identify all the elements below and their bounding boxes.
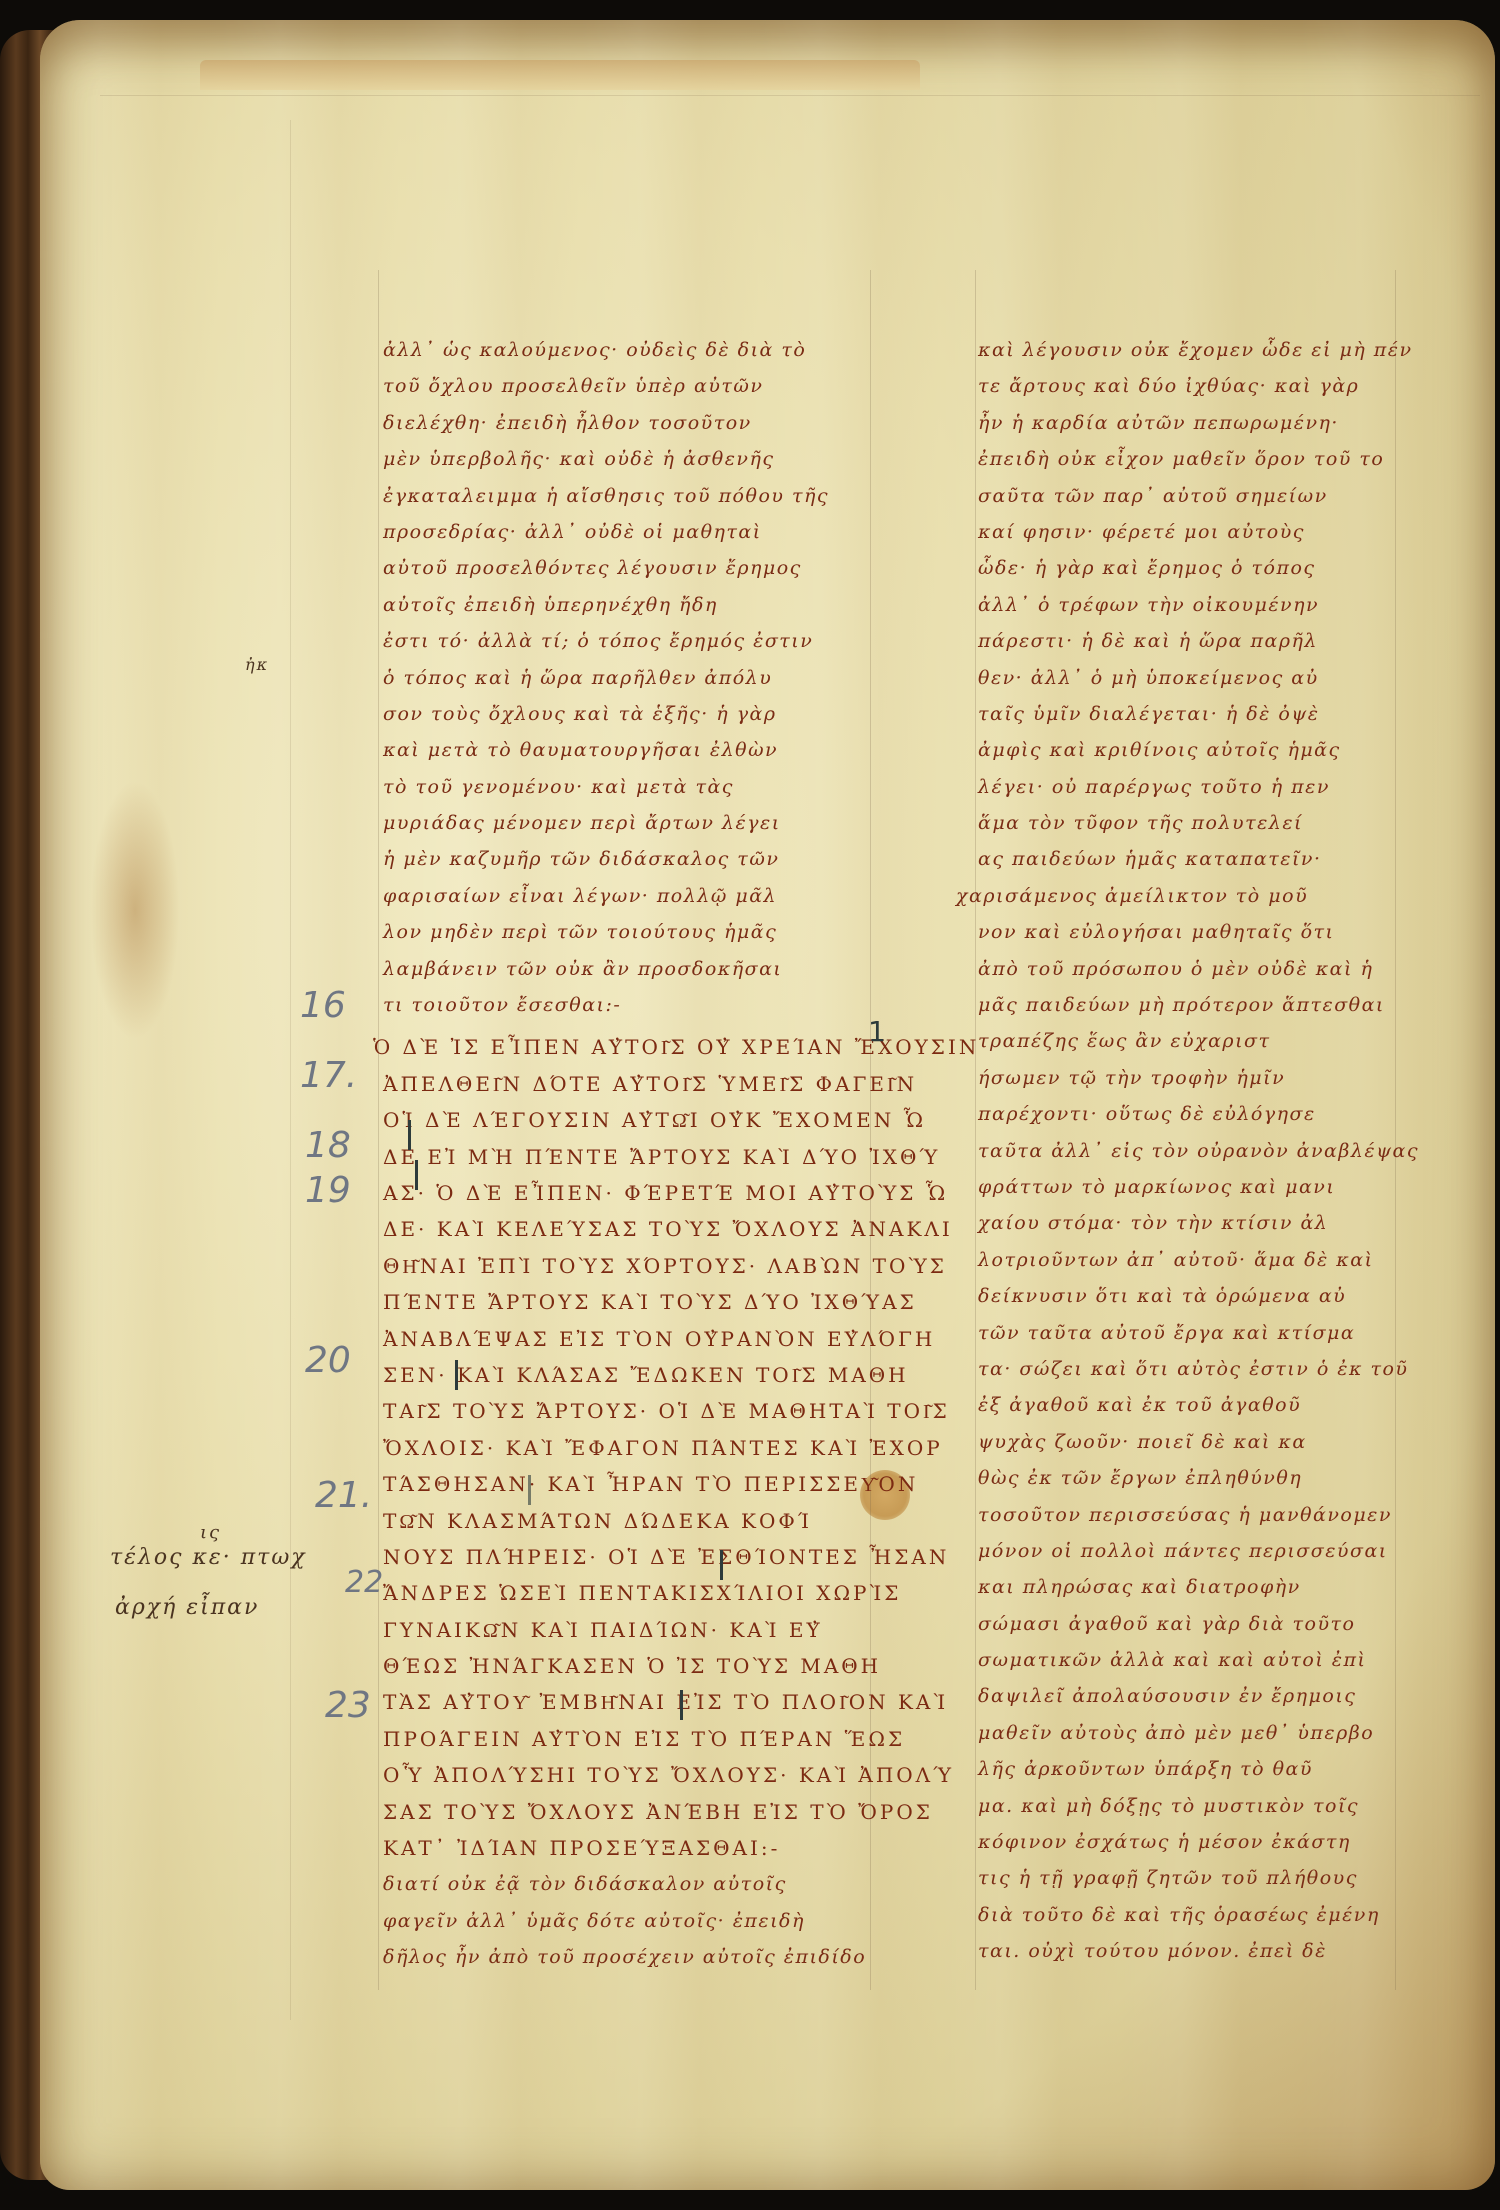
text-line: μα. καὶ μὴ δόξῃς τὸ μυστικὸν τοῖς: [978, 1788, 1388, 1824]
text-line: ἐπειδὴ οὐκ εἶχον μαθεῖν ὅρον τοῦ το: [978, 441, 1388, 477]
ruling-line: [100, 95, 1480, 96]
text-line: ἐξ ἀγαθοῦ καὶ ἐκ τοῦ ἀγαθοῦ: [978, 1387, 1388, 1423]
margin-note-small: ἠκ: [245, 655, 269, 674]
margin-note-telos: τέλος κε· πτωχ: [110, 1545, 307, 1570]
text-line: λοτριοῦντων ἀπ᾽ αὐτοῦ· ἅμα δὲ καὶ: [978, 1242, 1388, 1278]
text-line: λον μηδὲν περὶ τῶν τοιούτους ἡμᾶς: [383, 914, 863, 950]
text-line: ὁ τόπος καὶ ἡ ὥρα παρῆλθεν ἀπόλυ: [383, 660, 863, 696]
text-line: ἀλλ᾽ ὡς καλούμενος· οὐδεὶς δὲ διὰ τὸ: [383, 332, 863, 368]
text-line: τε ἄρτους καὶ δύο ἰχθύας· καὶ γὰρ: [978, 368, 1388, 404]
text-line: προάγειν αὐτὸν εἰς τὸ πέραν ἕως: [383, 1721, 863, 1757]
text-line: ὧδε· ἡ γὰρ καὶ ἔρημος ὁ τόπος: [978, 550, 1388, 586]
text-line: μόνον οἱ πολλοὶ πάντες περισσεύσαι: [978, 1533, 1388, 1569]
text-line: τὸ τοῦ γενομένου· καὶ μετὰ τὰς: [383, 769, 863, 805]
text-line: πάρεστι· ἡ δὲ καὶ ἡ ὥρα παρῆλ: [978, 623, 1388, 659]
ruling-line: [1395, 270, 1396, 1990]
text-line: θὼς ἐκ τῶν ἔργων ἐπληθύνθη: [978, 1460, 1388, 1496]
text-line: φράττων τὸ μαρκίωνος καὶ μανι: [978, 1169, 1388, 1205]
text-line: μᾶς παιδεύων μὴ πρότερον ἅπτεσθαι: [978, 987, 1388, 1023]
text-line: ταῦτα ἀλλ᾽ εἰς τὸν οὐρανὸν ἀναβλέψας: [978, 1133, 1388, 1169]
water-stain: [90, 780, 180, 1040]
verse-divider-mark: [528, 1475, 531, 1505]
text-line: λέγει· οὐ παρέργως τοῦτο ἡ πεν: [978, 769, 1388, 805]
text-line: φαγεῖν ἀλλ᾽ ὑμᾶς δότε αὐτοῖς· ἐπειδὴ: [383, 1903, 863, 1939]
text-line: δε εἰ μὴ πέντε ἄρτους καὶ δύο ἰχθύ: [383, 1139, 863, 1175]
text-line: ταῖς ὑμῖν διαλέγεται· ἡ δὲ ὀψὲ: [978, 696, 1388, 732]
margin-mark: 1: [868, 1015, 886, 1048]
text-line: τῶν κλασμάτων δώδεκα κοφί: [383, 1503, 863, 1539]
text-line: νους πλήρεις· οἱ δὲ ἐσθίοντες ἦσαν: [383, 1539, 863, 1575]
text-line: καὶ λέγουσιν οὐκ ἔχομεν ὧδε εἰ μὴ πέν: [978, 332, 1388, 368]
text-line: σαῦτα τῶν παρ᾽ αὐτοῦ σημείων: [978, 478, 1388, 514]
text-line: θεν· ἀλλ᾽ ὁ μὴ ὑποκείμενος αὐ: [978, 660, 1388, 696]
text-line: σας τοὺς ὄχλους ἀνέβη εἰς τὸ ὄρος: [383, 1794, 863, 1830]
text-line: τὰς αὐτοῦ ἐμβῆναι εἰς τὸ πλοῖον καὶ: [383, 1684, 863, 1720]
text-line: ἀπὸ τοῦ πρόσωπου ὁ μὲν οὐδὲ καὶ ἡ: [978, 951, 1388, 987]
text-line: διὰ τοῦτο δὲ καὶ τῆς ὁρασέως ἐμένη: [978, 1897, 1388, 1933]
text-line: αὐτοῖς ἐπειδὴ ὑπερηνέχθη ἤδη: [383, 587, 863, 623]
verse-number-21: 21.: [315, 1475, 372, 1516]
verse-divider-mark: [720, 1550, 723, 1580]
text-line: τραπέζης ἕως ἂν εὐχαριστ: [978, 1023, 1388, 1059]
text-line: κατ᾽ ἰδίαν προσεύξασθαι:-: [383, 1830, 863, 1866]
text-line: καὶ μετὰ τὸ θαυματουργῆσαι ἐλθὼν: [383, 732, 863, 768]
text-line: λῆς ἀρκοῦντων ὑπάρξη τὸ θαῦ: [978, 1751, 1388, 1787]
verse-number-19: 19: [305, 1170, 351, 1211]
text-line: χαίου στόμα· τὸν τὴν κτίσιν ἀλ: [978, 1205, 1388, 1241]
text-line: μυριάδας μένομεν περὶ ἄρτων λέγει: [383, 805, 863, 841]
verse-divider-mark: [680, 1690, 683, 1720]
text-line: ήσωμεν τῷ τὴν τροφὴν ἡμῖν: [978, 1060, 1388, 1096]
text-line: ἅμα τὸν τῦφον τῆς πολυτελεί: [978, 805, 1388, 841]
text-line: θῆναι ἐπὶ τοὺς χόρτους· λαβὼν τοὺς: [383, 1248, 863, 1284]
text-line: τις ἡ τῇ γραφῇ ζητῶν τοῦ πλήθους: [978, 1860, 1388, 1896]
text-line: τι τοιοῦτον ἔσεσθαι:-: [383, 987, 863, 1023]
text-line: ψυχὰς ζωοῦν· ποιεῖ δὲ καὶ κα: [978, 1424, 1388, 1460]
text-line: διελέχθη· ἐπειδὴ ἦλθον τοσοῦτον: [383, 405, 863, 441]
text-line: ται. οὐχὶ τούτου μόνον. ἐπεὶ δὲ: [978, 1933, 1388, 1969]
text-line: ταῖς τοὺς ἄρτους· οἱ δὲ μαθηταὶ τοῖς: [383, 1393, 863, 1429]
verse-divider-mark: [408, 1120, 411, 1150]
text-line: και πληρώσας καὶ διατροφὴν: [978, 1569, 1388, 1605]
verse-number-17: 17.: [300, 1055, 357, 1096]
text-line: πέντε ἄρτους καὶ τοὺς δύο ἰχθύας: [383, 1284, 863, 1320]
text-line: ας παιδεύων ἡμᾶς καταπατεῖν·: [978, 841, 1388, 877]
text-line: παρέχοντι· οὕτως δὲ εὐλόγησε: [978, 1096, 1388, 1132]
text-line: τῶν ταῦτα αὐτοῦ ἔργα καὶ κτίσμα: [978, 1315, 1388, 1351]
text-line: αὐτοῦ προσελθόντες λέγουσιν ἔρημος: [383, 550, 863, 586]
text-line: ὁ δὲ ἰς εἶπεν αὐτοῖς οὐ χρείαν ἔχουσιν: [373, 1029, 863, 1065]
text-line: οἱ δὲ λέγουσιν αὐτῷ οὐκ ἔχομεν ὧ: [383, 1102, 863, 1138]
commentary-bottom: διατί οὐκ ἐᾷ τὸν διδάσκαλον αὐτοῖς φαγεῖ…: [383, 1866, 863, 1975]
text-line: ἐγκαταλειμμα ἡ αἴσθησις τοῦ πόθου τῆς: [383, 478, 863, 514]
verse-number-18: 18: [305, 1125, 351, 1166]
text-line: ας· ὁ δὲ εἶπεν· φέρετέ μοι αὐτοὺς ὧ: [383, 1175, 863, 1211]
text-line: ἀλλ᾽ ὁ τρέφων τὴν οἰκουμένην: [978, 587, 1388, 623]
text-line: τοσοῦτον περισσεύσας ἡ μανθάνομεν: [978, 1497, 1388, 1533]
text-line: ἄνδρες ὡσεὶ πεντακισχίλιοι χωρὶς: [383, 1575, 863, 1611]
verse-number-23: 23: [325, 1685, 371, 1726]
text-line: ἦν ἡ καρδία αὐτῶν πεπωρωμένη·: [978, 405, 1388, 441]
right-column: καὶ λέγουσιν οὐκ ἔχομεν ὧδε εἰ μὴ πέν τε…: [978, 332, 1388, 1970]
text-line: καί φησιν· φέρετέ μοι αὐτοὺς: [978, 514, 1388, 550]
verse-divider-mark: [415, 1160, 418, 1190]
text-line: λαμβάνειν τῶν οὐκ ἂν προσδοκῆσαι: [383, 951, 863, 987]
text-line: σωματικῶν ἀλλὰ καὶ καὶ αὐτοὶ ἐπὶ: [978, 1642, 1388, 1678]
margin-note-arche: ἀρχή εἶπαν: [115, 1595, 259, 1620]
text-line: δείκνυσιν ὅτι καὶ τὰ ὁρώμενα αὐ: [978, 1278, 1388, 1314]
ruling-line: [378, 270, 379, 1990]
text-line: οὗ ἀπολύσῃ τοὺς ὄχλους· καὶ ἀπολύ: [383, 1757, 863, 1793]
text-line: θέως ἠνάγκασεν ὁ ἰς τοὺς μαθη: [383, 1648, 863, 1684]
verse-number-22: 22: [345, 1565, 383, 1600]
text-line: ἀμφὶς καὶ κριθίνοις αὐτοῖς ἡμᾶς: [978, 732, 1388, 768]
text-line: γυναικῶν καὶ παιδίων· καὶ εὐ: [383, 1612, 863, 1648]
text-line: τάσθησαν· καὶ ἦραν τὸ περισσεῦον: [383, 1466, 863, 1502]
text-line: ἀπελθεῖν δότε αὐτοῖς ὑμεῖς φαγεῖν: [383, 1066, 863, 1102]
text-line: τοῦ ὄχλου προσελθεῖν ὑπὲρ αὐτῶν: [383, 368, 863, 404]
text-line: νον καὶ εὐλογήσαι μαθηταῖς ὅτι: [978, 914, 1388, 950]
text-line: δε· καὶ κελεύσας τοὺς ὄχλους ἀνακλι: [383, 1211, 863, 1247]
text-line: ἀναβλέψας εἰς τὸν οὐρανὸν εὐλόγη: [383, 1321, 863, 1357]
verse-number-20: 20: [305, 1340, 351, 1381]
gospel-text-uncial: ὁ δὲ ἰς εἶπεν αὐτοῖς οὐ χρείαν ἔχουσιν ἀ…: [383, 1029, 863, 1866]
commentary-top: ἀλλ᾽ ὡς καλούμενος· οὐδεὶς δὲ διὰ τὸ τοῦ…: [383, 332, 863, 1023]
left-column: ἀλλ᾽ ὡς καλούμενος· οὐδεὶς δὲ διὰ τὸ τοῦ…: [383, 332, 863, 1976]
text-line: μὲν ὑπερβολῆς· καὶ οὐδὲ ἡ ἀσθενῆς: [383, 441, 863, 477]
text-line: ἡ μὲν καζυμῆρ τῶν διδάσκαλος τῶν: [383, 841, 863, 877]
text-line: μαθεῖν αὐτοὺς ἀπὸ μὲν μεθ᾽ ὑπερβο: [978, 1715, 1388, 1751]
top-fold: [200, 60, 920, 90]
text-line: σώμασι ἀγαθοῦ καὶ γὰρ διὰ τοῦτο: [978, 1606, 1388, 1642]
text-line: δῆλος ἦν ἀπὸ τοῦ προσέχειν αὐτοῖς ἐπιδίδ…: [383, 1939, 863, 1975]
text-line: κόφινον ἐσχάτως ἡ μέσον ἐκάστη: [978, 1824, 1388, 1860]
verse-divider-mark: [455, 1360, 458, 1390]
verse-number-16: 16: [300, 985, 346, 1026]
text-line: προσεδρίας· ἀλλ᾽ οὐδὲ οἱ μαθηταὶ: [383, 514, 863, 550]
margin-note-superscript: ις: [200, 1522, 221, 1543]
text-line: ὄχλοις· καὶ ἔφαγον πάντες καὶ ἐχορ: [383, 1430, 863, 1466]
ruling-line: [975, 270, 976, 1990]
text-line: χαρισάμενος ἀμείλικτον τὸ μοῦ: [956, 878, 1388, 914]
text-line: ἐστι τό· ἀλλὰ τί; ὁ τόπος ἔρημός ἐστιν: [383, 623, 863, 659]
text-line: τα· σώζει καὶ ὅτι αὐτὸς ἐστιν ὁ ἐκ τοῦ: [978, 1351, 1388, 1387]
ruling-line: [290, 120, 291, 2020]
text-line: σον τοὺς ὄχλους καὶ τὰ ἑξῆς· ἡ γὰρ: [383, 696, 863, 732]
text-line: δαψιλεῖ ἀπολαύσουσιν ἐν ἔρημοις: [978, 1678, 1388, 1714]
text-line: φαρισαίων εἶναι λέγων· πολλῷ μᾶλ: [383, 878, 863, 914]
text-line: διατί οὐκ ἐᾷ τὸν διδάσκαλον αὐτοῖς: [383, 1866, 863, 1902]
